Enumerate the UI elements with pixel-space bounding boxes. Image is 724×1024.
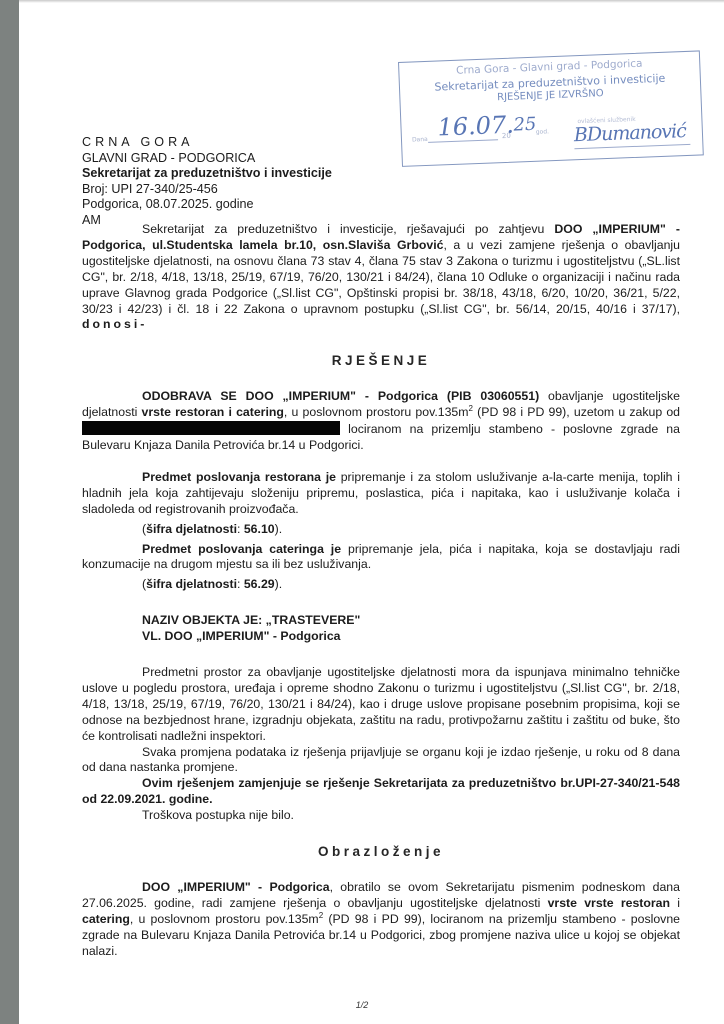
approval-type: vrste restoran i catering: [142, 405, 284, 419]
reasoning-catering: catering: [82, 912, 130, 926]
intro-text-a: Sekretarijat za preduzetništvo i investi…: [142, 222, 554, 236]
stamp-year-suffix: god.: [536, 128, 549, 136]
decision-approval-paragraph: ODOBRAVA SE DOO „IMPERIUM" - Podgorica (…: [82, 389, 680, 454]
object-owner: VL. DOO „IMPERIUM" - Podgorica: [82, 629, 680, 645]
intro-paragraph: Sekretarijat za preduzetništvo i investi…: [82, 222, 680, 333]
approval-text-b: , u poslovnom prostoru pov.135m: [284, 405, 469, 419]
approval-company: ODOBRAVA SE DOO „IMPERIUM" - Podgorica (…: [142, 389, 539, 403]
replacement-paragraph: Ovim rješenjem zamjenjuje se rješenje Se…: [82, 776, 680, 808]
decision-title: RJEŠENJE: [82, 353, 680, 369]
intro-donosi: donosi-: [82, 317, 147, 331]
reasoning-title: Obrazloženje: [82, 844, 680, 860]
conditions-paragraph: Predmetni prostor za obavljanje ugostite…: [82, 665, 680, 745]
catering-scope-paragraph: Predmet poslovanja cateringa je priprema…: [82, 542, 680, 574]
code2-value: 56.29: [244, 577, 275, 591]
stamp-dana-label: Dana: [412, 136, 428, 144]
costs-paragraph: Troškova postupka nije bilo.: [82, 808, 680, 824]
page-number: 1/2: [0, 1000, 724, 1010]
code2-colon: :: [237, 577, 244, 591]
activity-code-2: (šifra djelatnosti: 56.29).: [82, 577, 680, 593]
stamp-year-prefix: 20: [502, 132, 511, 140]
reasoning-text-c: , u poslovnom prostoru pov.135m: [130, 912, 319, 926]
stamp-handwritten-year: 25: [513, 114, 537, 136]
reasoning-company: DOO „IMPERIUM" - Podgorica: [142, 880, 330, 894]
changes-paragraph: Svaka promjena podataka iz rješenja prij…: [82, 745, 680, 777]
reasoning-type: vrste vrste restoran: [548, 896, 670, 910]
code1-value: 56.10: [244, 522, 275, 536]
header-case-number: Broj: UPI 27-340/25-456: [82, 182, 332, 198]
object-name: NAZIV OBJEKTA JE: „TRASTEVERE": [82, 613, 680, 629]
code1-close: ).: [275, 522, 283, 536]
code2-close: ).: [275, 577, 283, 591]
stamp-signature: BDumanović: [574, 120, 687, 146]
approval-text-c: (PD 98 i PD 99), uzetom u zakup od: [473, 405, 680, 419]
header-office: Sekretarijat za preduzetništvo i investi…: [82, 166, 332, 182]
scan-edge: [0, 0, 19, 1024]
reasoning-paragraph: DOO „IMPERIUM" - Podgorica, obratilo se …: [82, 880, 680, 960]
header-city: GLAVNI GRAD - PODGORICA: [82, 151, 332, 167]
reasoning-text-b: i: [670, 896, 680, 910]
code2-label: šifra djelatnosti: [146, 577, 237, 591]
restaurant-scope-paragraph: Predmet poslovanja restorana je priprema…: [82, 470, 680, 518]
header-country: CRNA GORA: [82, 135, 332, 151]
scan-top-shadow: [19, 0, 724, 3]
catering-scope-label: Predmet poslovanja cateringa je: [142, 542, 341, 556]
enforcement-stamp: Crna Gora - Glavni grad - Podgorica Sekr…: [398, 50, 704, 167]
code1-colon: :: [237, 522, 244, 536]
code1-label: šifra djelatnosti: [146, 522, 237, 536]
redaction-bar: [82, 421, 340, 435]
document-body: Sekretarijat za preduzetništvo i investi…: [82, 222, 680, 960]
document-header: CRNA GORA GLAVNI GRAD - PODGORICA Sekret…: [82, 135, 332, 229]
header-place-date: Podgorica, 08.07.2025. godine: [82, 197, 332, 213]
restaurant-scope-label: Predmet poslovanja restorana je: [142, 470, 336, 484]
activity-code-1: (šifra djelatnosti: 56.10).: [82, 522, 680, 538]
